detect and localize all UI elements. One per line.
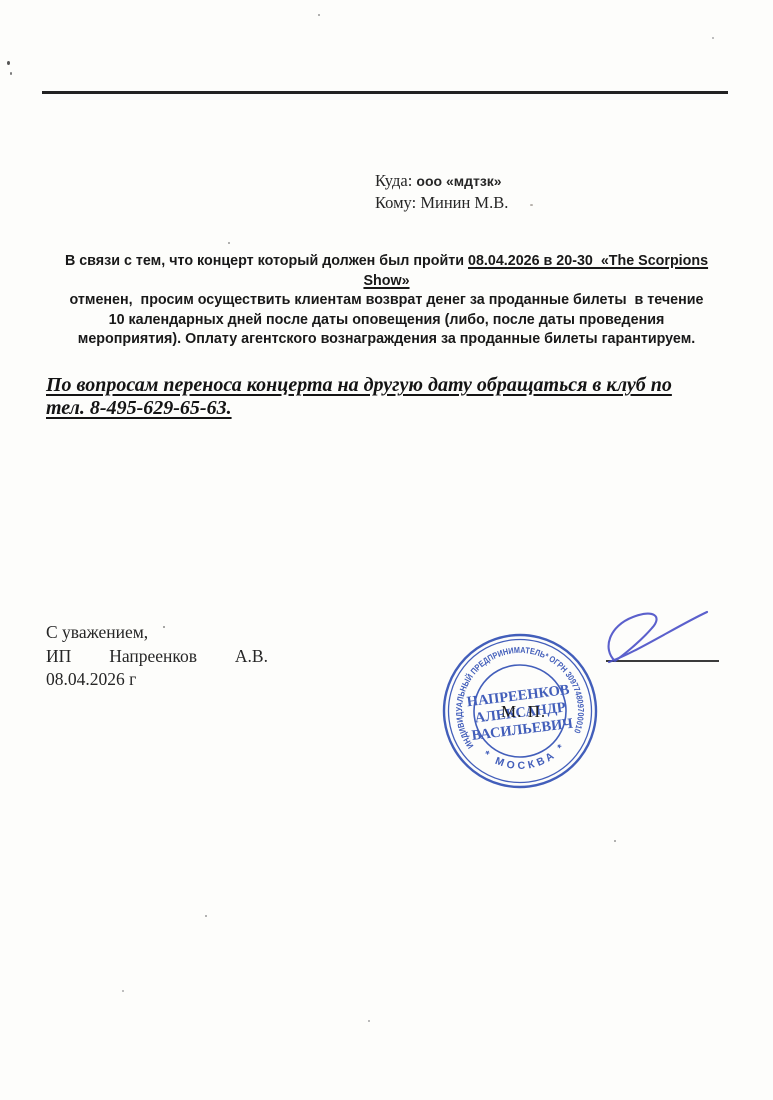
recipient-block: Куда: ооо «мдтзк» Кому: Минин М.В. xyxy=(375,170,508,214)
scan-speck xyxy=(318,14,320,16)
paragraph-line: В связи с тем, что концерт который долже… xyxy=(40,252,733,272)
signer-name-line: ИП Напреенков А.В. xyxy=(46,645,268,669)
line-text: В связи с тем, что концерт который долже… xyxy=(65,253,468,269)
underlined-event-name: Show» xyxy=(363,273,409,289)
paragraph-line: По вопросам переноса концерта на другую … xyxy=(46,374,736,397)
to-value: ооо «мдтзк» xyxy=(416,173,501,189)
scan-speck xyxy=(368,1020,370,1022)
signer-surname: Напреенков xyxy=(109,645,197,669)
attn-label: Кому: xyxy=(375,193,420,212)
scan-speck xyxy=(122,990,124,992)
paragraph-line: отменен, просим осуществить клиентам воз… xyxy=(40,291,733,311)
to-label: Куда: xyxy=(375,171,416,190)
recipient-attn-line: Кому: Минин М.В. xyxy=(375,192,508,214)
signer-prefix: ИП xyxy=(46,645,71,669)
reschedule-contact-paragraph: По вопросам переноса концерта на другую … xyxy=(46,374,736,420)
place-of-seal-mark: М. П. xyxy=(501,702,546,722)
regards-line: С уважением, xyxy=(46,621,268,645)
paragraph-line: Show» xyxy=(40,272,733,292)
paragraph-line: 10 календарных дней после даты оповещени… xyxy=(40,311,733,331)
paragraph-line: мероприятия). Оплату агентского вознагра… xyxy=(40,330,733,350)
date-line: 08.04.2026 г xyxy=(46,668,268,692)
handwritten-signature xyxy=(595,604,730,668)
scan-speck xyxy=(614,840,616,842)
paragraph-line: тел. 8-495-629-65-63. xyxy=(46,397,736,420)
signoff-block: С уважением, ИП Напреенков А.В. 08.04.20… xyxy=(46,621,268,692)
attn-value: Минин М.В. xyxy=(420,193,508,212)
scan-speck xyxy=(530,204,533,206)
scan-speck xyxy=(228,242,230,244)
recipient-to-line: Куда: ооо «мдтзк» xyxy=(375,170,508,192)
scan-speck xyxy=(7,61,10,65)
scan-speck xyxy=(205,915,207,917)
cancellation-paragraph: В связи с тем, что концерт который долже… xyxy=(40,252,733,350)
scan-speck xyxy=(10,72,12,75)
top-horizontal-rule xyxy=(42,91,728,94)
scan-speck xyxy=(712,37,714,39)
underlined-event-date: 08.04.2026 в 20-30 «The Scorpions xyxy=(468,253,708,269)
scanned-letter-page: Куда: ооо «мдтзк» Кому: Минин М.В. В свя… xyxy=(0,0,773,1100)
signer-initials: А.В. xyxy=(235,645,268,669)
